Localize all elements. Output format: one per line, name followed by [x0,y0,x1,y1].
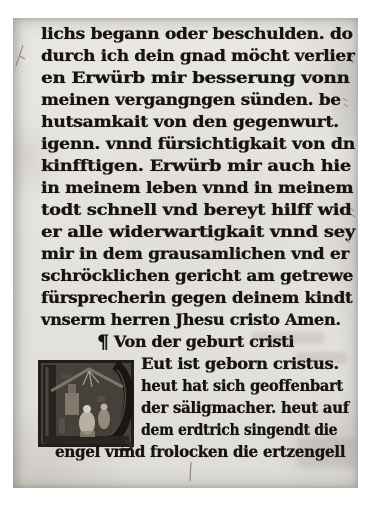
manuscript-line: durch ich dein gnad möcht verlier [41,45,361,67]
manuscript-page-photo: lichs begann oder beschulden. do durch i… [13,18,358,488]
manuscript-line: hutsamkait von den gegenwurt. [41,111,361,133]
manuscript-line: engel vnnd frolocken die ertzengell [41,441,361,463]
illuminated-initial-h [37,356,137,452]
rubric-line: ¶Von der geburt cristi [41,331,361,353]
capitulum-mark: ¶ [97,331,109,353]
manuscript-line: lichs begann oder beschulden. do [41,23,361,45]
manuscript-line: kinfftigen. Erwürb mir auch hie [41,155,361,177]
manuscript-line: mir in dem grausamlichen vnd er [41,243,361,265]
text-block: lichs begann oder beschulden. do durch i… [41,23,361,463]
rubric-text: Von der geburt cristi [114,332,294,351]
manuscript-scan: lichs begann oder beschulden. do durch i… [0,0,372,510]
manuscript-line: in meinem leben vnnd in meinem [41,177,361,199]
manuscript-line: schröcklichen gericht am getrewe [41,265,361,287]
manuscript-line: en Erwürb mir besserung vonn [41,67,361,89]
manuscript-line: fürsprecherin gegen deinem kindt [41,287,361,309]
manuscript-line: todt schnell vnd bereyt hilff wid [41,199,361,221]
manuscript-line: er alle widerwartigkait vnnd sey [41,221,361,243]
manuscript-line: meinen vergangngen sünden. be [41,89,361,111]
manuscript-line: igenn. vnnd fürsichtigkait von dn [41,133,361,155]
manuscript-line: vnserm herren Jhesu cristo Amen. [41,309,361,331]
